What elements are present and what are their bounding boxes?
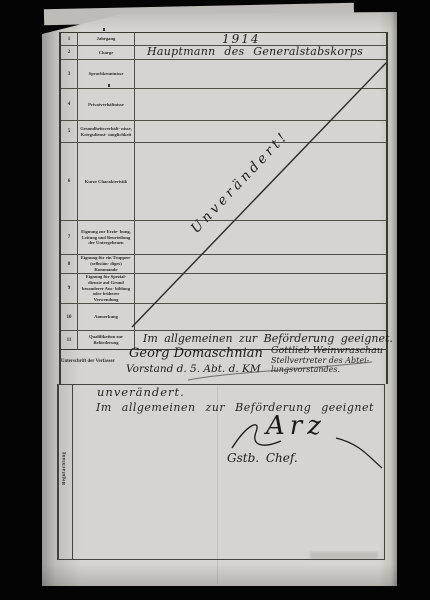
row-number: 7 xyxy=(61,221,78,254)
handwritten-year: 1914 xyxy=(222,33,261,45)
table-row: 7 Eignung zur Erzie- hung, Leitung und B… xyxy=(61,221,386,255)
row-number: 8 xyxy=(61,255,78,273)
row-label: Qualifikation zur Beförderung xyxy=(78,331,135,349)
review-note-line2: Im allgemeinen zur Beförderung geeignet xyxy=(96,402,374,413)
author-signature-right-name: Gottlieb Weinwraschau xyxy=(271,346,383,356)
footnote-mark xyxy=(108,84,110,87)
row-value-cell xyxy=(135,274,386,303)
table-row: 4 Privatverhältnisse xyxy=(61,89,386,121)
row-number: 5 xyxy=(61,121,78,142)
table-row: 9 Eignung für Spezial- dienste auf Grund… xyxy=(61,274,386,304)
row-label: Anmerkung xyxy=(78,304,135,330)
row-number: 6 xyxy=(61,143,78,220)
row-label: Sprachkenntnisse xyxy=(78,60,135,88)
author-signature-right-title-line2: lungsvorstandes. xyxy=(271,366,340,374)
row-value-cell xyxy=(135,304,386,330)
author-signature-left-title: Vorstand d. 5. Abt. d. KM xyxy=(126,364,261,375)
table-row: 5 Gesundheitsverhält- nisse, Kriegsdiens… xyxy=(61,121,386,143)
signature-section-label: Unterschrift der Verfasser xyxy=(61,359,127,365)
row-value-cell xyxy=(135,255,386,273)
row-label: Eignung für Spezial- dienste auf Grund b… xyxy=(78,274,135,303)
row-label: Jahrgang xyxy=(78,33,135,45)
row-number: 11 xyxy=(61,331,78,349)
reviewer-signature: Arz xyxy=(266,413,326,439)
review-note-line1: unverändert. xyxy=(97,387,185,399)
row-value-cell xyxy=(135,89,386,120)
row-label: Gesundheitsverhält- nisse, Kriegsdienst-… xyxy=(78,121,135,142)
author-signature-left-name: Georg Domaschnian xyxy=(129,347,263,360)
review-section-label: Begutachtung xyxy=(56,432,73,504)
row-number: 4 xyxy=(61,89,78,120)
row-number: 2 xyxy=(61,46,78,59)
row-label: Eignung für ein Truppen- (selbstän- dige… xyxy=(78,255,135,273)
handwritten-rank: Hauptmann des Generalstabskorps xyxy=(147,46,363,57)
table-row: 10 Anmerkung xyxy=(61,304,386,331)
footnote-mark xyxy=(103,28,105,31)
row-label: Charge xyxy=(78,46,135,59)
row-value-cell xyxy=(135,221,386,254)
table-row: 8 Eignung für ein Truppen- (selbstän- di… xyxy=(61,255,386,274)
row-number: 10 xyxy=(61,304,78,330)
row-value-cell xyxy=(135,121,386,142)
row-number: 3 xyxy=(61,60,78,88)
row-value-cell xyxy=(135,60,386,88)
row-label: Kurze Charakteristik xyxy=(78,143,135,220)
row-label: Privatverhältnisse xyxy=(78,89,135,120)
handwritten-qualification: Im allgemeinen zur Beförderung geeignet. xyxy=(143,333,393,344)
row-number: 1 xyxy=(61,33,78,45)
scan-background: 1 Jahrgang 2 Charge 3 Sprachkenntnisse 4… xyxy=(0,0,430,600)
row-label: Eignung zur Erzie- hung, Leitung und Beu… xyxy=(78,221,135,254)
author-signature-right-title-line1: Stellvertreter des Abtei- xyxy=(271,357,369,365)
reviewer-title: Gstb. Chef. xyxy=(227,452,298,464)
row-number: 9 xyxy=(61,274,78,303)
